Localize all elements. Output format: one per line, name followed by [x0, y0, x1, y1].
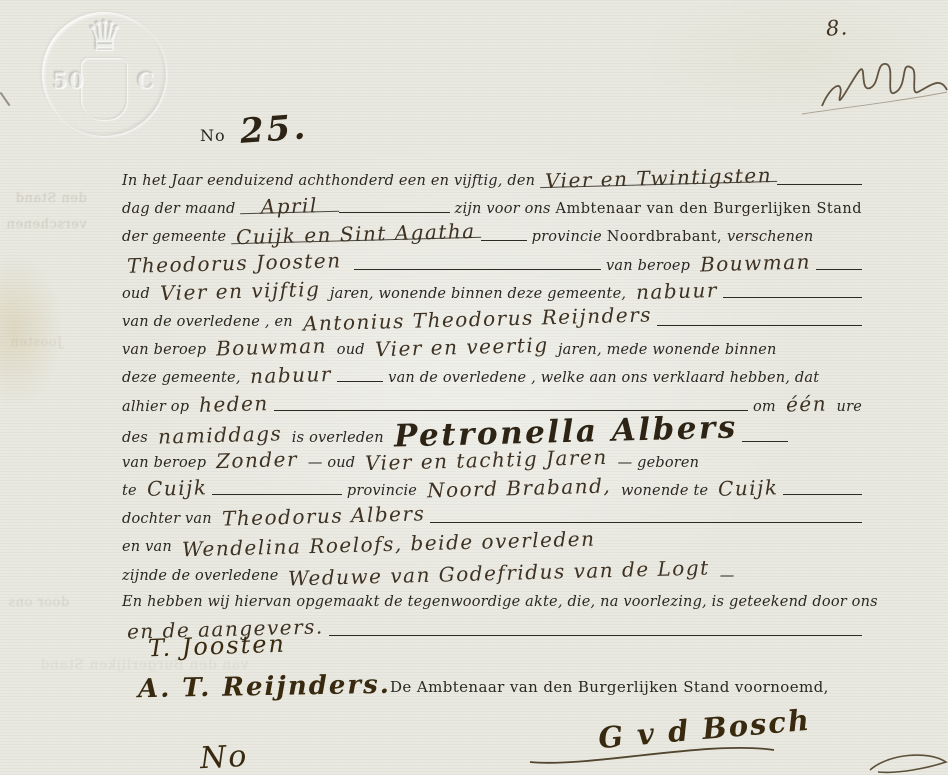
clerk-paraph-mark: [800, 48, 948, 122]
printed-form-text: wonende te: [616, 484, 713, 499]
printed-form-text: alhier op: [122, 400, 194, 415]
handwritten-entry: Cuijk: [141, 481, 212, 495]
printed-form-text: en van: [122, 540, 177, 555]
handwritten-entry: namiddags: [153, 427, 288, 443]
fill-line: [212, 491, 342, 495]
fill-line: [777, 181, 862, 185]
handwritten-entry: nabuur: [245, 368, 337, 382]
printed-form-text: van beroep: [122, 456, 211, 471]
handwritten-entry: Bouwman: [695, 255, 816, 270]
printed-form-text: — oud: [303, 456, 360, 471]
lion-shield-icon: [81, 58, 127, 120]
fill-line: [337, 378, 383, 382]
handwritten-entry: Theodorus Albers: [216, 507, 430, 525]
handwritten-entry: Noord Braband,: [422, 480, 617, 497]
printed-form-text: oud: [122, 287, 155, 302]
handwritten-entry: Zonder: [211, 453, 303, 467]
printed-form-text: van de overledene , en: [122, 315, 298, 330]
printed-form-text: verschenen: [722, 230, 813, 245]
fill-line: [816, 266, 862, 270]
printed-form-text: des: [122, 431, 153, 446]
handwritten-entry: April: [240, 199, 339, 215]
crown-icon: [42, 14, 166, 58]
fill-line: [723, 294, 862, 298]
signature-flourish: [528, 738, 778, 772]
fill-line: [430, 519, 862, 523]
printed-form-text: deze gemeente,: [122, 371, 245, 386]
fill-line: [742, 438, 788, 442]
handwritten-entry: één: [781, 397, 832, 410]
act-body: No 25. In het Jaar eenduizend achthonder…: [122, 120, 862, 651]
printed-form-text: te: [122, 484, 142, 499]
fill-line: [274, 407, 748, 411]
seal-currency-letter: C: [136, 68, 154, 94]
bleedthrough-text: Joosten: [10, 330, 62, 356]
embossed-revenue-seal: 50 C: [42, 12, 166, 136]
fill-line: [783, 491, 862, 495]
printed-form-text: dochter van: [122, 512, 217, 527]
bleedthrough-text: door ons: [8, 590, 69, 616]
printed-form-text: In het Jaar eenduizend achthonderd een e…: [122, 174, 540, 189]
printed-form-text: van beroep: [601, 259, 695, 274]
seal-denomination: 50: [52, 68, 85, 94]
handwritten-entry: Vier en Twintigsten: [540, 169, 777, 188]
next-entry-partial: No: [199, 739, 249, 775]
ink-corner-mark: [0, 92, 10, 106]
printed-form-text: van de overledene , welke aan ons verkla…: [383, 371, 819, 386]
signature-declarant-1: T. Joosten: [148, 630, 287, 663]
act-lines: In het Jaar eenduizend achthonderd een e…: [122, 172, 862, 651]
printed-form-text: van beroep: [122, 343, 211, 358]
ink-flourish-mark: [868, 748, 948, 775]
printed-form-text: zijnde de overledene: [122, 569, 283, 584]
handwritten-entry: Bouwman: [211, 340, 332, 355]
act-line: zijnde de overledene Weduwe van Godefrid…: [122, 567, 862, 595]
printed-form-text: der gemeente: [122, 230, 231, 245]
act-number-value: 25.: [225, 117, 308, 143]
printed-form-text: provincie: [342, 484, 422, 499]
officer-caption: De Ambtenaar van den Burgerlijken Stand …: [390, 678, 829, 696]
handwritten-entry: Antonius Theodorus Reijnders: [298, 308, 657, 329]
handwritten-entry: Theodorus Joosten: [122, 254, 355, 272]
printed-form-text: Ambtenaar van den Burgerlijken Stand: [555, 202, 862, 217]
printed-form-text: jaren, mede wonende binnen: [553, 343, 776, 358]
handwritten-entry: Wendelina Roelofs, beide overleden: [177, 533, 601, 556]
printed-form-text: En hebben wij hiervan opgemaakt de tegen…: [122, 595, 878, 610]
fill-line: [657, 322, 862, 326]
act-line: van beroep Bouwman oud Vier en veertig j…: [122, 341, 862, 369]
printed-form-text: is overleden: [287, 431, 389, 446]
fill-line: [354, 266, 601, 270]
printed-form-text: oud: [332, 343, 370, 358]
handwritten-entry: heden: [194, 396, 274, 410]
printed-form-text: om: [748, 400, 781, 415]
printed-form-text: Noordbrabant,: [607, 230, 722, 245]
fill-line: [339, 209, 450, 213]
sheet-number: 8.: [825, 15, 849, 40]
bleedthrough-text: den Stand verschenen: [6, 186, 87, 238]
handwritten-entry: nabuur: [631, 284, 723, 298]
act-line: dag der maand April zijn voor ons Ambten…: [122, 200, 862, 228]
printed-form-text: jaren, wonende binnen deze gemeente,: [325, 287, 631, 302]
act-line: In het Jaar eenduizend achthonderd een e…: [122, 172, 862, 200]
printed-form-text: — geboren: [613, 456, 699, 471]
printed-form-text: dag der maand: [122, 202, 240, 217]
fill-line: [481, 237, 527, 241]
handwritten-entry: Vier en vijftig: [155, 283, 326, 299]
printed-form-text: ure: [832, 400, 862, 415]
handwritten-entry: Cuijk en Sint Agatha: [231, 225, 481, 245]
printed-form-text: provincie: [527, 230, 607, 245]
act-number-label: No: [200, 126, 226, 145]
printed-form-text: —: [715, 569, 735, 584]
signature-declarant-2: A. T. Reijnders.: [138, 670, 391, 704]
fill-line: [329, 632, 862, 636]
handwritten-entry: Weduwe van Godefridus van de Logt: [283, 561, 715, 584]
death-certificate-scan: 50 C 8. den Stand verschenen Joosten doo…: [0, 0, 948, 775]
handwritten-entry: Vier en tachtig Jaren: [360, 451, 613, 470]
handwritten-entry: Petronella Albers: [388, 421, 742, 442]
handwritten-entry: Vier en veertig: [369, 339, 553, 356]
printed-form-text: zijn voor ons: [450, 202, 556, 217]
handwritten-entry: Cuijk: [713, 481, 784, 495]
